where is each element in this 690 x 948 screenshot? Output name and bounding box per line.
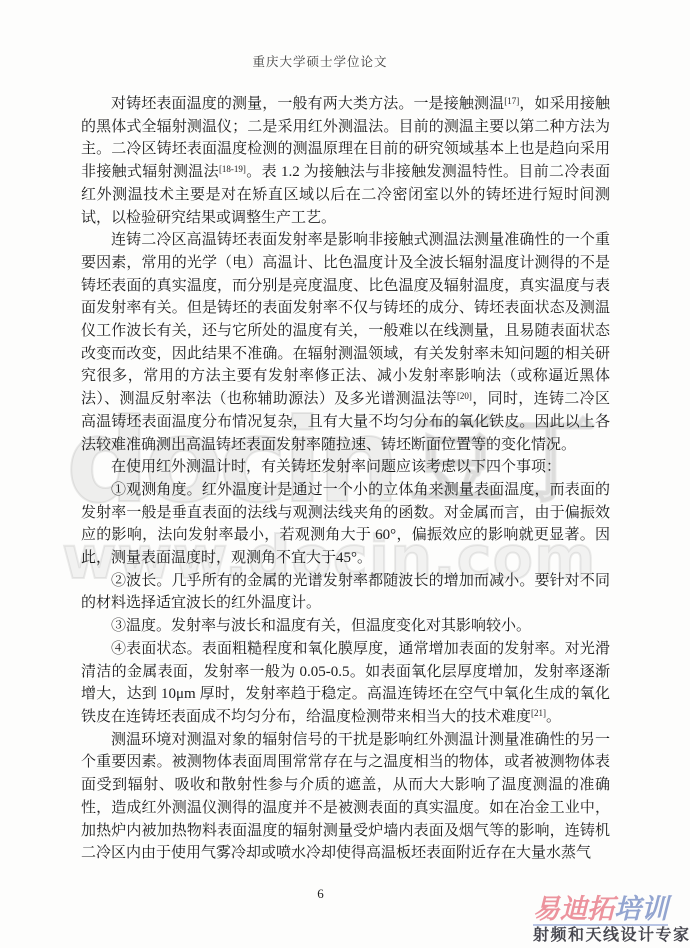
citation-ref: [18-19]: [219, 164, 246, 174]
paragraph: ④表面状态。表面粗糙程度和氧化膜厚度，通常增加表面的发射率。对光滑清洁的金属表面…: [81, 638, 610, 729]
body-text: 对铸坯表面温度的测量，一般有两大类方法。一是接触测温[17]，如采用接触的黑体式…: [81, 93, 610, 865]
paragraph: 在使用红外测温计时，有关铸坯发射率问题应该考虑以下四个事项：: [81, 456, 610, 479]
paragraph: 连铸二冷区高温铸坯表面发射率是影响非接触式测温法测量准确性的一个重要因素，常用的…: [81, 229, 610, 456]
paragraph: ③温度。发射率与波长和温度有关，但温度变化对其影响较小。: [81, 615, 610, 638]
thesis-page: docin 豆丁 www.docin.com 重庆大学硕士学位论文 对铸坯表面温…: [0, 0, 690, 948]
vendor-watermark: 易迪拓培训 射频和天线设计专家: [533, 895, 687, 946]
vendor-logo-secondary: 培训: [614, 894, 668, 924]
citation-ref: [17]: [504, 96, 519, 106]
page-header-title: 重庆大学硕士学位论文: [0, 52, 640, 70]
paragraph: 对铸坯表面温度的测量，一般有两大类方法。一是接触测温[17]，如采用接触的黑体式…: [81, 93, 610, 229]
citation-ref: [20]: [457, 391, 472, 401]
paragraph: ①观测角度。红外温度计是通过一个小的立体角来测量表面温度，而表面的发射率一般是垂…: [81, 479, 610, 570]
citation-ref: [21]: [531, 708, 546, 718]
paragraph: ②波长。几乎所有的金属的光谱发射率都随波长的增加而减小。要针对不同的材料选择适宜…: [81, 570, 610, 615]
vendor-logo-primary: 易迪拓: [533, 894, 614, 924]
paragraph: 测温环境对测温对象的辐射信号的干扰是影响红外测温计测量准确性的另一个重要因素。被…: [81, 729, 610, 865]
vendor-tagline: 射频和天线设计专家: [533, 926, 687, 946]
vendor-logo: 易迪拓培训: [533, 895, 668, 926]
